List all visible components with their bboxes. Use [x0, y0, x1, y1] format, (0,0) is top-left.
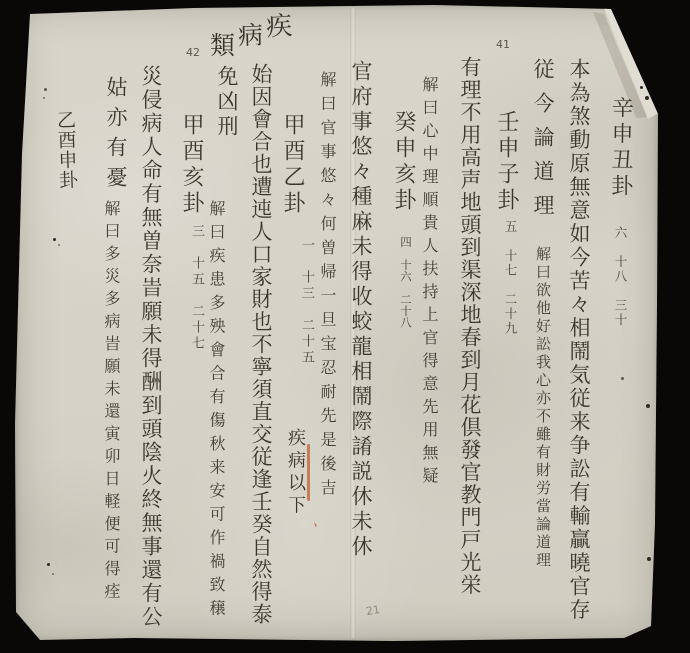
ink-speck [47, 563, 50, 566]
category-header-char: 疾 [265, 5, 293, 43]
verse-column: 従今論道理 [528, 58, 558, 228]
ink-speck [58, 244, 60, 246]
hexagram-title-column: 辛申丑卦 [605, 96, 637, 200]
photograph-of-manuscript: { "manuscript": { "description_label": "… [0, 0, 690, 653]
category-header-char: 病 [237, 16, 263, 53]
ink-speck [43, 97, 45, 99]
hexagram-number-column: 五 十七 二十九 [501, 220, 519, 336]
verse-column: 本為煞動原無意如今苦々相鬧気従来争訟有輸贏曉官存 [564, 58, 594, 622]
verse-column: 免凶刑 [212, 65, 242, 140]
manuscript-paper-sheet: 疾 病 類 41 42 21 辛申丑卦 六 十八 三十 本為煞動原無意如今苦々相… [14, 4, 659, 642]
hexagram-title-column: 甲酉亥卦 [176, 113, 207, 217]
section-label-column: 疾病以下 [282, 428, 308, 518]
verse-column: 始因會合也遭迍人口家財也不寧須直交従逢壬癸自然得泰 [246, 63, 276, 626]
ink-speck [645, 96, 649, 100]
ink-speck [52, 573, 54, 575]
commentary-column: 解曰疾患多殃會合有傷秋来安可作禍致穣 [205, 200, 228, 623]
hexagram-number-column: 六 十八 三十 [611, 226, 629, 328]
ink-speck [44, 88, 47, 91]
hexagram-title-column: 壬申子卦 [491, 110, 522, 214]
hexagram-number-column: 四 十六 二十八 [398, 236, 414, 328]
ink-speck [640, 86, 643, 89]
hexagram-number-column: 一 十三 二十五 [297, 238, 316, 366]
ink-speck [647, 557, 651, 561]
hexagram-title-column: 甲酉乙卦 [277, 113, 308, 217]
hexagram-title-column: 癸申亥卦 [388, 110, 419, 214]
commentary-column: 解曰官事悠々何曽帰一旦宝忍耐先是後吉 [316, 71, 339, 503]
verse-column: 災侵病人命有無曽奈旹願未得酬到頭陰火終無事還有公 [136, 65, 166, 629]
commentary-column: 解曰欲他好訟我心亦不雖有財労當論道理 [533, 246, 554, 570]
verse-column: 有理不用高声地頭到渠深地春到月花倶發官教門戸光栄 [455, 56, 485, 596]
ink-speck [53, 238, 56, 241]
commentary-column: 解曰多災多病旹願未還寅卯日軽便可得痊 [100, 200, 123, 605]
corner-pencil-mark: 21 [365, 603, 381, 618]
ink-speck [621, 377, 624, 380]
page-number-right: 41 [496, 38, 510, 51]
page-number-left: 42 [186, 46, 200, 59]
ink-speck [646, 404, 650, 408]
verse-column: 官府事悠々種麻未得收蛟龍相鬧際誵説休未休 [346, 60, 376, 560]
red-tick-mark: 、 [311, 510, 330, 533]
hexagram-title-column: 乙酉申卦 [52, 110, 82, 191]
commentary-column: 解曰心中理順貴人扶持上官得意先用無疑 [418, 76, 441, 490]
verse-column: 姑亦有憂 [101, 76, 131, 196]
category-header-char: 類 [210, 26, 235, 62]
red-emphasis-rule [307, 444, 310, 501]
hexagram-number-column: 三 十五 二十七 [187, 224, 206, 352]
